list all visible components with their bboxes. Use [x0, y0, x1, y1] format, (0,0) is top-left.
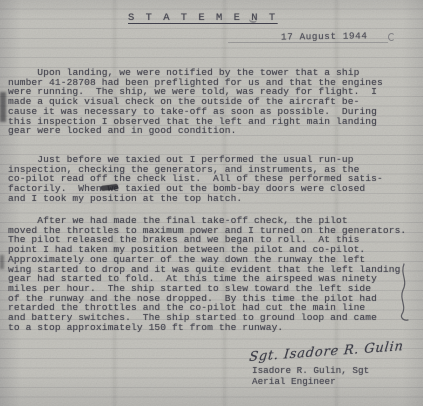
edge-smudge [0, 255, 4, 269]
document-date: 17 August 1944 [281, 30, 368, 42]
scanned-statement-page: S T A T E M E N T 17 August 1944 Upon la… [0, 0, 423, 406]
edge-smudge [0, 92, 6, 122]
signature-typed-name: Isadore R. Gulin, Sgt [252, 366, 369, 376]
handwritten-signature: Sgt. Isadore R. Gulin [248, 338, 419, 365]
paragraph-takeoff-accident: After we had made the final take-off che… [8, 216, 420, 332]
pen-initial-mark [388, 33, 395, 41]
paragraph-landing-inspection: Upon landing, we were notified by the to… [8, 68, 416, 136]
signature-typed-title: Aerial Engineer [252, 377, 336, 387]
paragraph-runup-inspection: Just before we taxied out I performed th… [8, 155, 416, 204]
